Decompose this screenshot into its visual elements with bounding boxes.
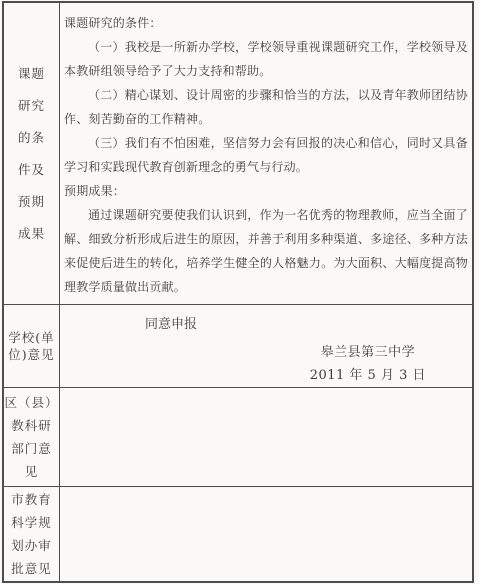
conditions-expected-results-content: 课题研究的条件： （一）我校是一所新办学校，学校领导重视课题研究工作，学校领导及… — [60, 3, 472, 304]
school-opinion-content: 同意申报 皋兰县第三中学 2011 年 5 月 3 日 — [60, 305, 472, 387]
header-line: 划办审 — [11, 534, 52, 557]
row-header-school-opinion: 学校(单 位)意见 — [4, 305, 60, 387]
header-line: 课题 — [18, 58, 45, 90]
signature-block: 皋兰县第三中学 2011 年 5 月 3 日 — [310, 341, 426, 387]
header-line: 市教育 — [11, 488, 52, 511]
header-line: 部门意 — [11, 437, 52, 460]
expected-results-paragraph: 通过课题研究要使我们认识到，作为一名优秀的物理教师，应当全面了解、细致分析形成后… — [64, 203, 468, 299]
county-department-opinion-content — [60, 388, 472, 486]
header-line: 学校(单 — [8, 329, 54, 347]
header-line: 件及 — [18, 154, 45, 186]
header-line: 成果 — [18, 218, 45, 250]
row-school-opinion: 学校(单 位)意见 同意申报 皋兰县第三中学 2011 年 5 月 3 日 — [4, 305, 472, 388]
expected-results-title: 预期成果： — [64, 179, 468, 203]
application-form-table: 课题 研究 的条 件及 预期 成果 课题研究的条件： （一）我校是一所新办学校，… — [2, 1, 474, 583]
approval-text: 同意申报 — [145, 315, 472, 335]
scanned-application-form-page: 课题 研究 的条 件及 预期 成果 课题研究的条件： （一）我校是一所新办学校，… — [0, 0, 479, 584]
row-header-conditions-expected-results: 课题 研究 的条 件及 预期 成果 — [4, 3, 60, 304]
school-name: 皋兰县第三中学 — [310, 341, 426, 364]
header-line: 的条 — [18, 122, 45, 154]
signature-date: 2011 年 5 月 3 日 — [310, 364, 426, 387]
city-planning-office-opinion-content — [60, 487, 472, 581]
condition-item-2: （二）精心谋划、设计周密的步骤和恰当的方法，以及青年教师团结协作、刻苦勤奋的工作… — [64, 83, 468, 131]
condition-item-1: （一）我校是一所新办学校，学校领导重视课题研究工作，学校领导及本教研组领导给予了… — [64, 35, 468, 83]
header-line: 见 — [25, 460, 39, 483]
conditions-title: 课题研究的条件： — [64, 11, 468, 35]
header-line: 研究 — [18, 90, 45, 122]
header-line: 教科研 — [11, 414, 52, 437]
row-conditions-expected-results: 课题 研究 的条 件及 预期 成果 课题研究的条件： （一）我校是一所新办学校，… — [4, 3, 472, 305]
row-city-planning-office-opinion: 市教育 科学规 划办审 批意见 — [4, 487, 472, 581]
row-header-county-department-opinion: 区（县） 教科研 部门意 见 — [4, 388, 60, 486]
row-county-department-opinion: 区（县） 教科研 部门意 见 — [4, 388, 472, 487]
row-header-city-planning-office-opinion: 市教育 科学规 划办审 批意见 — [4, 487, 60, 581]
header-line: 位)意见 — [8, 346, 54, 364]
header-line: 区（县） — [4, 391, 58, 414]
header-line: 批意见 — [11, 557, 52, 580]
condition-item-3: （三）我们有不怕困难，坚信努力会有回报的决心和信心，同时又具备学习和实践现代教育… — [64, 131, 468, 179]
header-line: 科学规 — [11, 511, 52, 534]
header-line: 预期 — [18, 186, 45, 218]
